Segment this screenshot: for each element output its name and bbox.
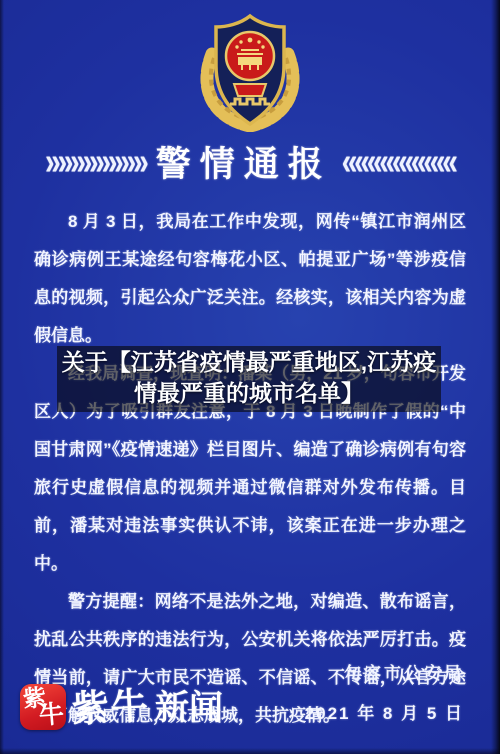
- police-badge-icon: [188, 4, 312, 132]
- ziniu-logo: 紫 牛: [20, 684, 66, 730]
- notice-date: 2021 年 8 月 5 日: [305, 699, 464, 724]
- ziniu-brand-name: 紫牛 新闻: [72, 683, 223, 733]
- left-chevrons-icon: »»»»»»»»: [45, 140, 146, 183]
- left-edge-vignette: [0, 0, 4, 754]
- police-notice-poster: »»»»»»»» 警情通报 ««««««««« 8 月 3 日，我局在工作中发现…: [0, 0, 500, 754]
- title-banner: »»»»»»»» 警情通报 «««««««««: [0, 137, 500, 187]
- brand-calligraphy-text: 紫牛: [71, 681, 152, 735]
- caption-text: 关于【江苏省疫情最严重地区,江苏疫情最严重的城市名单】: [62, 349, 436, 406]
- agency-signature: 句容市公安局: [344, 659, 464, 684]
- bottom-edge-vignette: [0, 748, 500, 754]
- notice-paragraph-1: 8 月 3 日，我局在工作中发现，网传“镇江市润州区确诊病例王某途经句容梅花小区…: [34, 203, 466, 355]
- right-edge-vignette: [491, 0, 500, 754]
- brand-suffix-text: 新闻: [155, 683, 223, 733]
- caption-overlay: 关于【江苏省疫情最严重地区,江苏疫情最严重的城市名单】: [57, 346, 441, 412]
- right-chevrons-icon: «««««««««: [342, 140, 455, 183]
- notice-title: 警情通报: [156, 137, 332, 187]
- notice-body: 8 月 3 日，我局在工作中发现，网传“镇江市润州区确诊病例王某途经句容梅花小区…: [34, 203, 466, 735]
- ziniu-logo-glyph-2: 牛: [38, 702, 65, 729]
